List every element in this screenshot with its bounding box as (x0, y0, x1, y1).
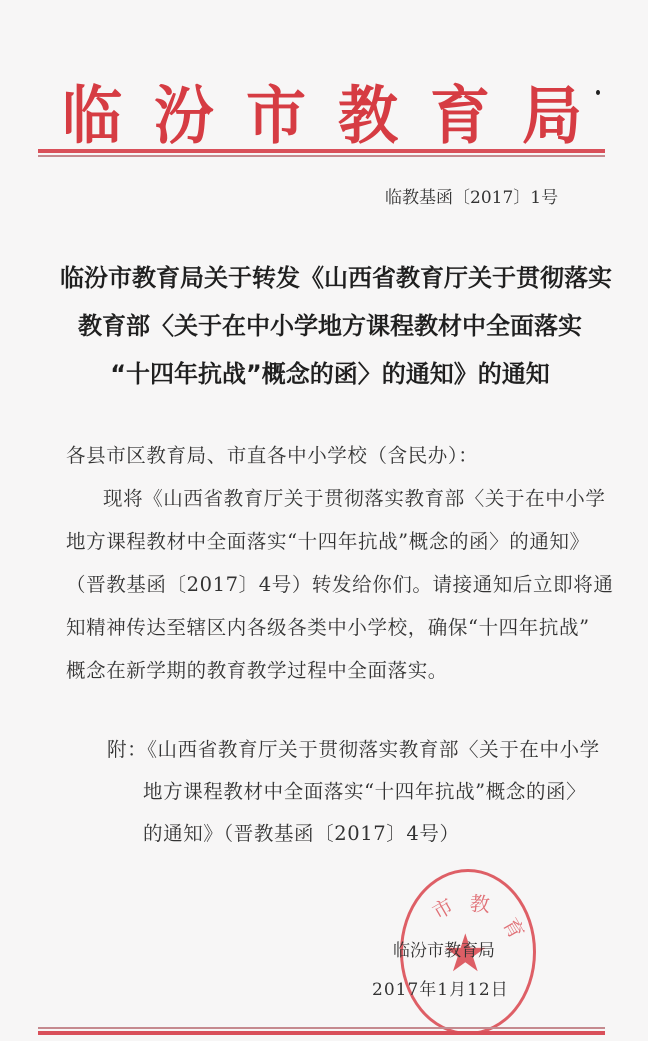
attachment-line: 附：《山西省教育厅关于贯彻落实教育部〈关于在中小学 (107, 734, 600, 762)
issue-date: 2017年1月12日 (372, 975, 509, 1000)
paragraph-line: 知精神传达至辖区内各级各类中小学校，确保“十四年抗战” (66, 612, 590, 640)
header-rule-thin (38, 155, 605, 157)
seal-char: 教 (469, 887, 491, 918)
masthead-char: 临 (62, 66, 122, 156)
masthead-char: 教 (338, 66, 398, 156)
masthead-char: 汾 (154, 66, 214, 156)
paragraph-line: （晋教基函〔2017〕4号）转发给你们。请接通知后立即将通 (66, 569, 613, 597)
attachment-line: 地方课程教材中全面落实“十四年抗战”概念的函〉 (143, 776, 586, 804)
masthead-char: 育 (430, 66, 490, 156)
attachment-line: 的通知》（晋教基函〔2017〕4号） (143, 818, 460, 846)
scan-speck (596, 90, 600, 95)
header-rule-thick (38, 149, 605, 153)
paragraph-line: 概念在新学期的教育教学过程中全面落实。 (66, 655, 448, 683)
document-title-line-2: 教育部〈关于在中小学地方课程教材中全面落实 (60, 306, 600, 341)
masthead-char: 市 (246, 66, 306, 156)
paragraph-line: 地方课程教材中全面落实“十四年抗战”概念的函〉的通知》 (66, 526, 590, 554)
masthead-title: 临 汾 市 教 育 局 (62, 76, 582, 146)
salutation: 各县市区教育局、市直各中小学校（含民办）： (66, 440, 478, 468)
footer-rule-thin (38, 1027, 605, 1029)
footer-rule-thick (38, 1031, 605, 1035)
document-title-line-1: 临汾市教育局关于转发《山西省教育厅关于贯彻落实 (60, 258, 600, 293)
masthead-char: 局 (522, 66, 582, 156)
paragraph-line: 现将《山西省教育厅关于贯彻落实教育部〈关于在中小学 (103, 483, 606, 511)
issuer-name: 临汾市教育局 (393, 936, 495, 961)
document-number: 临教基函〔2017〕1号 (385, 183, 558, 208)
document-title-line-3: “十四年抗战”概念的函〉的通知》的通知 (60, 354, 600, 389)
